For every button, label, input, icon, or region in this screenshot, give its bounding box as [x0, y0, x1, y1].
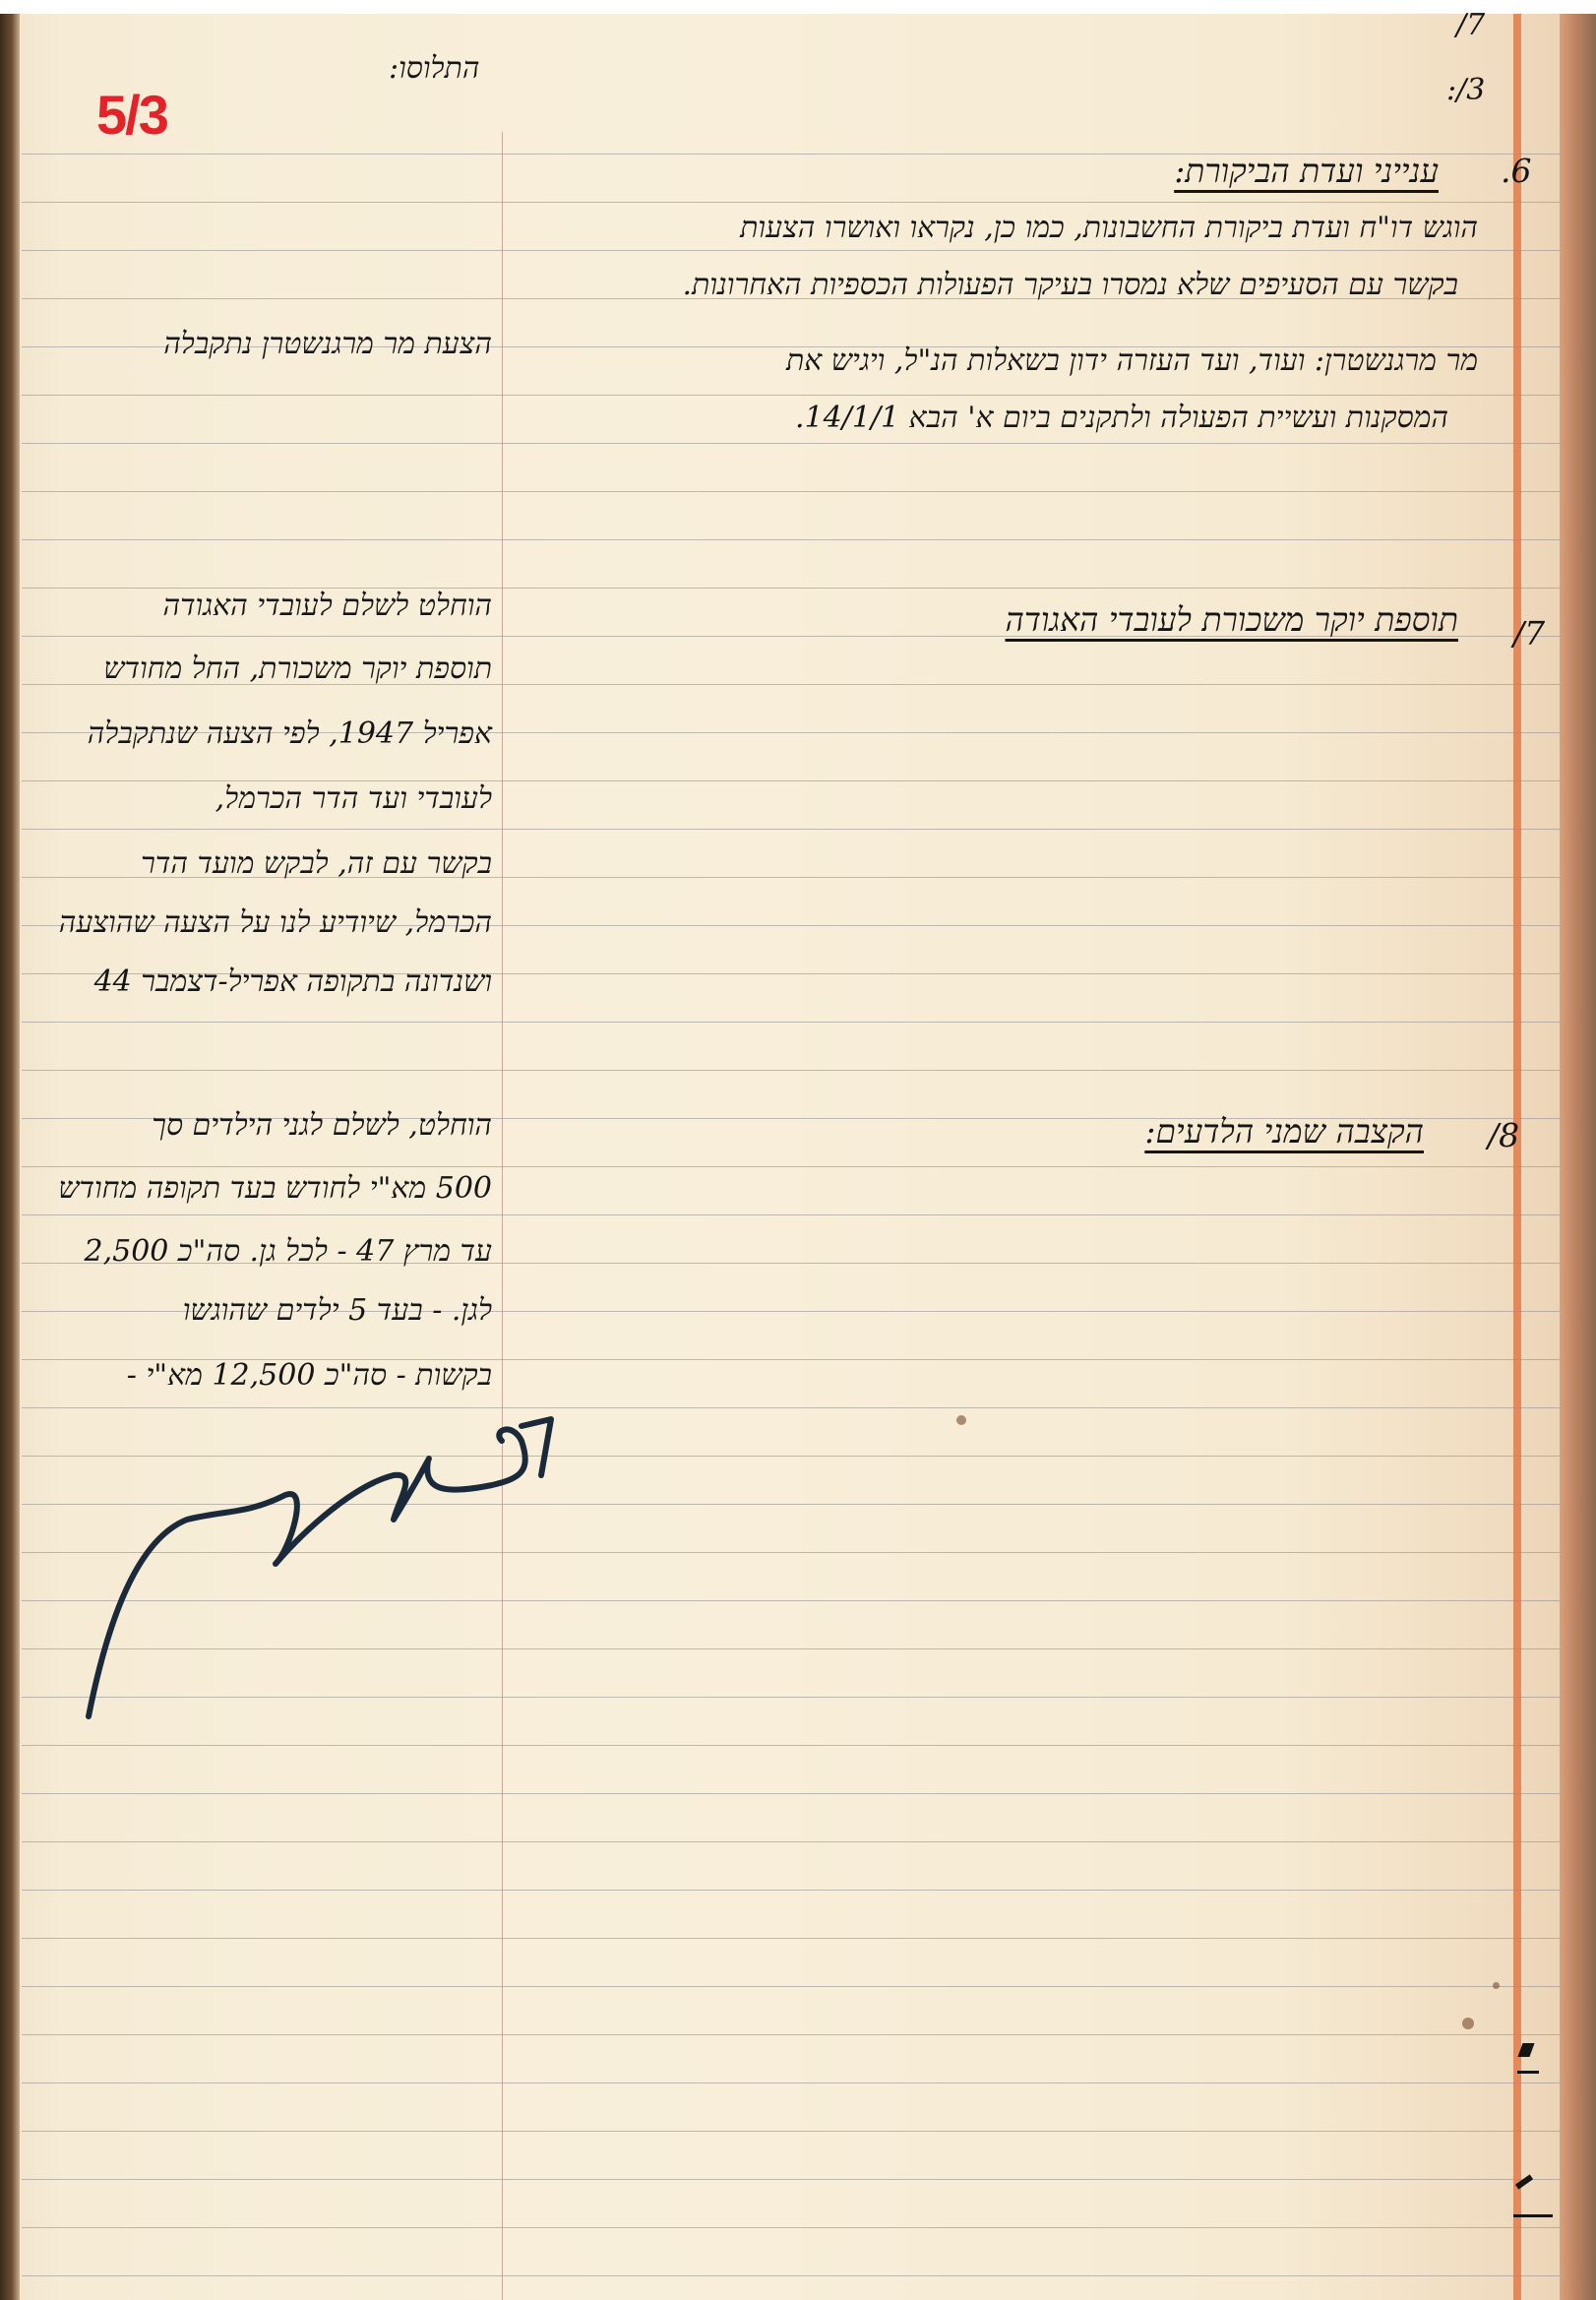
section-number: 8/	[1488, 1116, 1519, 1154]
ruled-line	[22, 2227, 1596, 2228]
ruled-line	[22, 1166, 1596, 1167]
ruled-line	[22, 2179, 1596, 2180]
ruled-line	[22, 395, 1596, 396]
section-line: הוגש דו"ח ועדת ביקורת החשבונות, כמו כן, …	[740, 211, 1478, 245]
margin-note-line: הכרמל, שיודיע לנו על הצעה שהוצעה	[59, 905, 492, 940]
ruled-line	[22, 1745, 1596, 1746]
ruled-line	[22, 2275, 1596, 2276]
ruled-line	[22, 829, 1596, 830]
column-divider	[502, 132, 503, 2300]
section-number: 6.	[1501, 152, 1532, 190]
ruled-line	[22, 202, 1596, 203]
signature-scribble	[79, 1401, 610, 1736]
ruled-line	[22, 443, 1596, 444]
margin-note-line: הוחלט לשלם לעובדי האגודה	[162, 589, 492, 623]
left-column-heading: התלוסו:	[389, 51, 479, 86]
ruled-line	[22, 2082, 1596, 2083]
margin-note-line: עד מרץ 47 - לכל גן. סה"כ 2,500	[84, 1234, 492, 1269]
section-number: 7/	[1513, 614, 1545, 653]
section-line: בקשר עם הסעיפים שלא נמסרו בעיקר הפעולות …	[683, 268, 1458, 302]
margin-note-line: ושנדונה בתקופה אפריל-דצמבר 44	[94, 964, 492, 999]
section-title: הקצבה שמני הלדעים:	[1144, 1112, 1424, 1151]
margin-note-line: 500 מא"י לחודש בעד תקופה מחודש	[58, 1171, 492, 1206]
margin-note-line: תוספת יוקר משכורת, החל מחודש	[103, 652, 492, 686]
margin-note-line: בקשר עם זה, לבקש מועד הדר	[141, 846, 492, 881]
ruled-line	[22, 250, 1596, 251]
ruled-line	[22, 2131, 1596, 2132]
ink-spot	[1493, 1982, 1500, 1989]
ruled-line	[22, 1890, 1596, 1891]
ruled-line	[22, 491, 1596, 492]
margin-note-line: לעובדי ועד הדר הכרמל,	[215, 781, 492, 816]
page-edge	[1560, 14, 1596, 2300]
section-title: ענייני ועדת הביקורת:	[1174, 152, 1439, 191]
margin-note-line: הוחלט, לשלם לגני הילדים סך	[152, 1108, 492, 1143]
section-title: תוספת יוקר משכורת לעובדי האגודה	[1005, 600, 1458, 640]
ruled-line	[22, 2034, 1596, 2035]
ruled-line	[22, 1986, 1596, 1987]
section-line: מר מרגנשטרן: ועוד, ועד העזרה ידון בשאלות…	[786, 343, 1478, 378]
margin-mark	[1513, 2214, 1553, 2217]
ruled-line	[22, 1793, 1596, 1794]
section-line: המסקנות ועשיית הפעולה ולתקנים ביום א' הב…	[795, 401, 1448, 435]
margin-note: הצעת מר מרגנשטרן נתקבלה	[163, 327, 492, 361]
page-number-stamp: 5/3	[96, 83, 167, 147]
margin-note-line: בקשות - סה"כ 12,500 מא"י -	[127, 1358, 492, 1393]
margin-mark	[1517, 2071, 1539, 2074]
ruled-line	[22, 1841, 1596, 1842]
ink-spot	[1462, 2018, 1474, 2029]
page-marker-sub: 3/:	[1446, 73, 1485, 107]
margin-note-line: אפריל 1947, לפי הצעה שנתקבלה	[88, 716, 492, 751]
ink-spot	[956, 1415, 966, 1425]
margin-note-line: לגן. - בעד 5 ילדים שהוגשו	[183, 1293, 492, 1328]
ruled-line	[22, 1070, 1596, 1071]
ruled-line	[22, 1938, 1596, 1939]
book-binding	[0, 14, 20, 2300]
red-margin-line	[1513, 14, 1521, 2300]
page-marker-top: 7/	[1456, 8, 1485, 42]
ruled-line	[22, 1214, 1596, 1215]
ruled-line	[22, 1022, 1596, 1023]
ledger-page: 5/3 התלוסו: 7/ 3/: 6. ענייני ועדת הביקור…	[0, 14, 1596, 2300]
ruled-line	[22, 539, 1596, 540]
